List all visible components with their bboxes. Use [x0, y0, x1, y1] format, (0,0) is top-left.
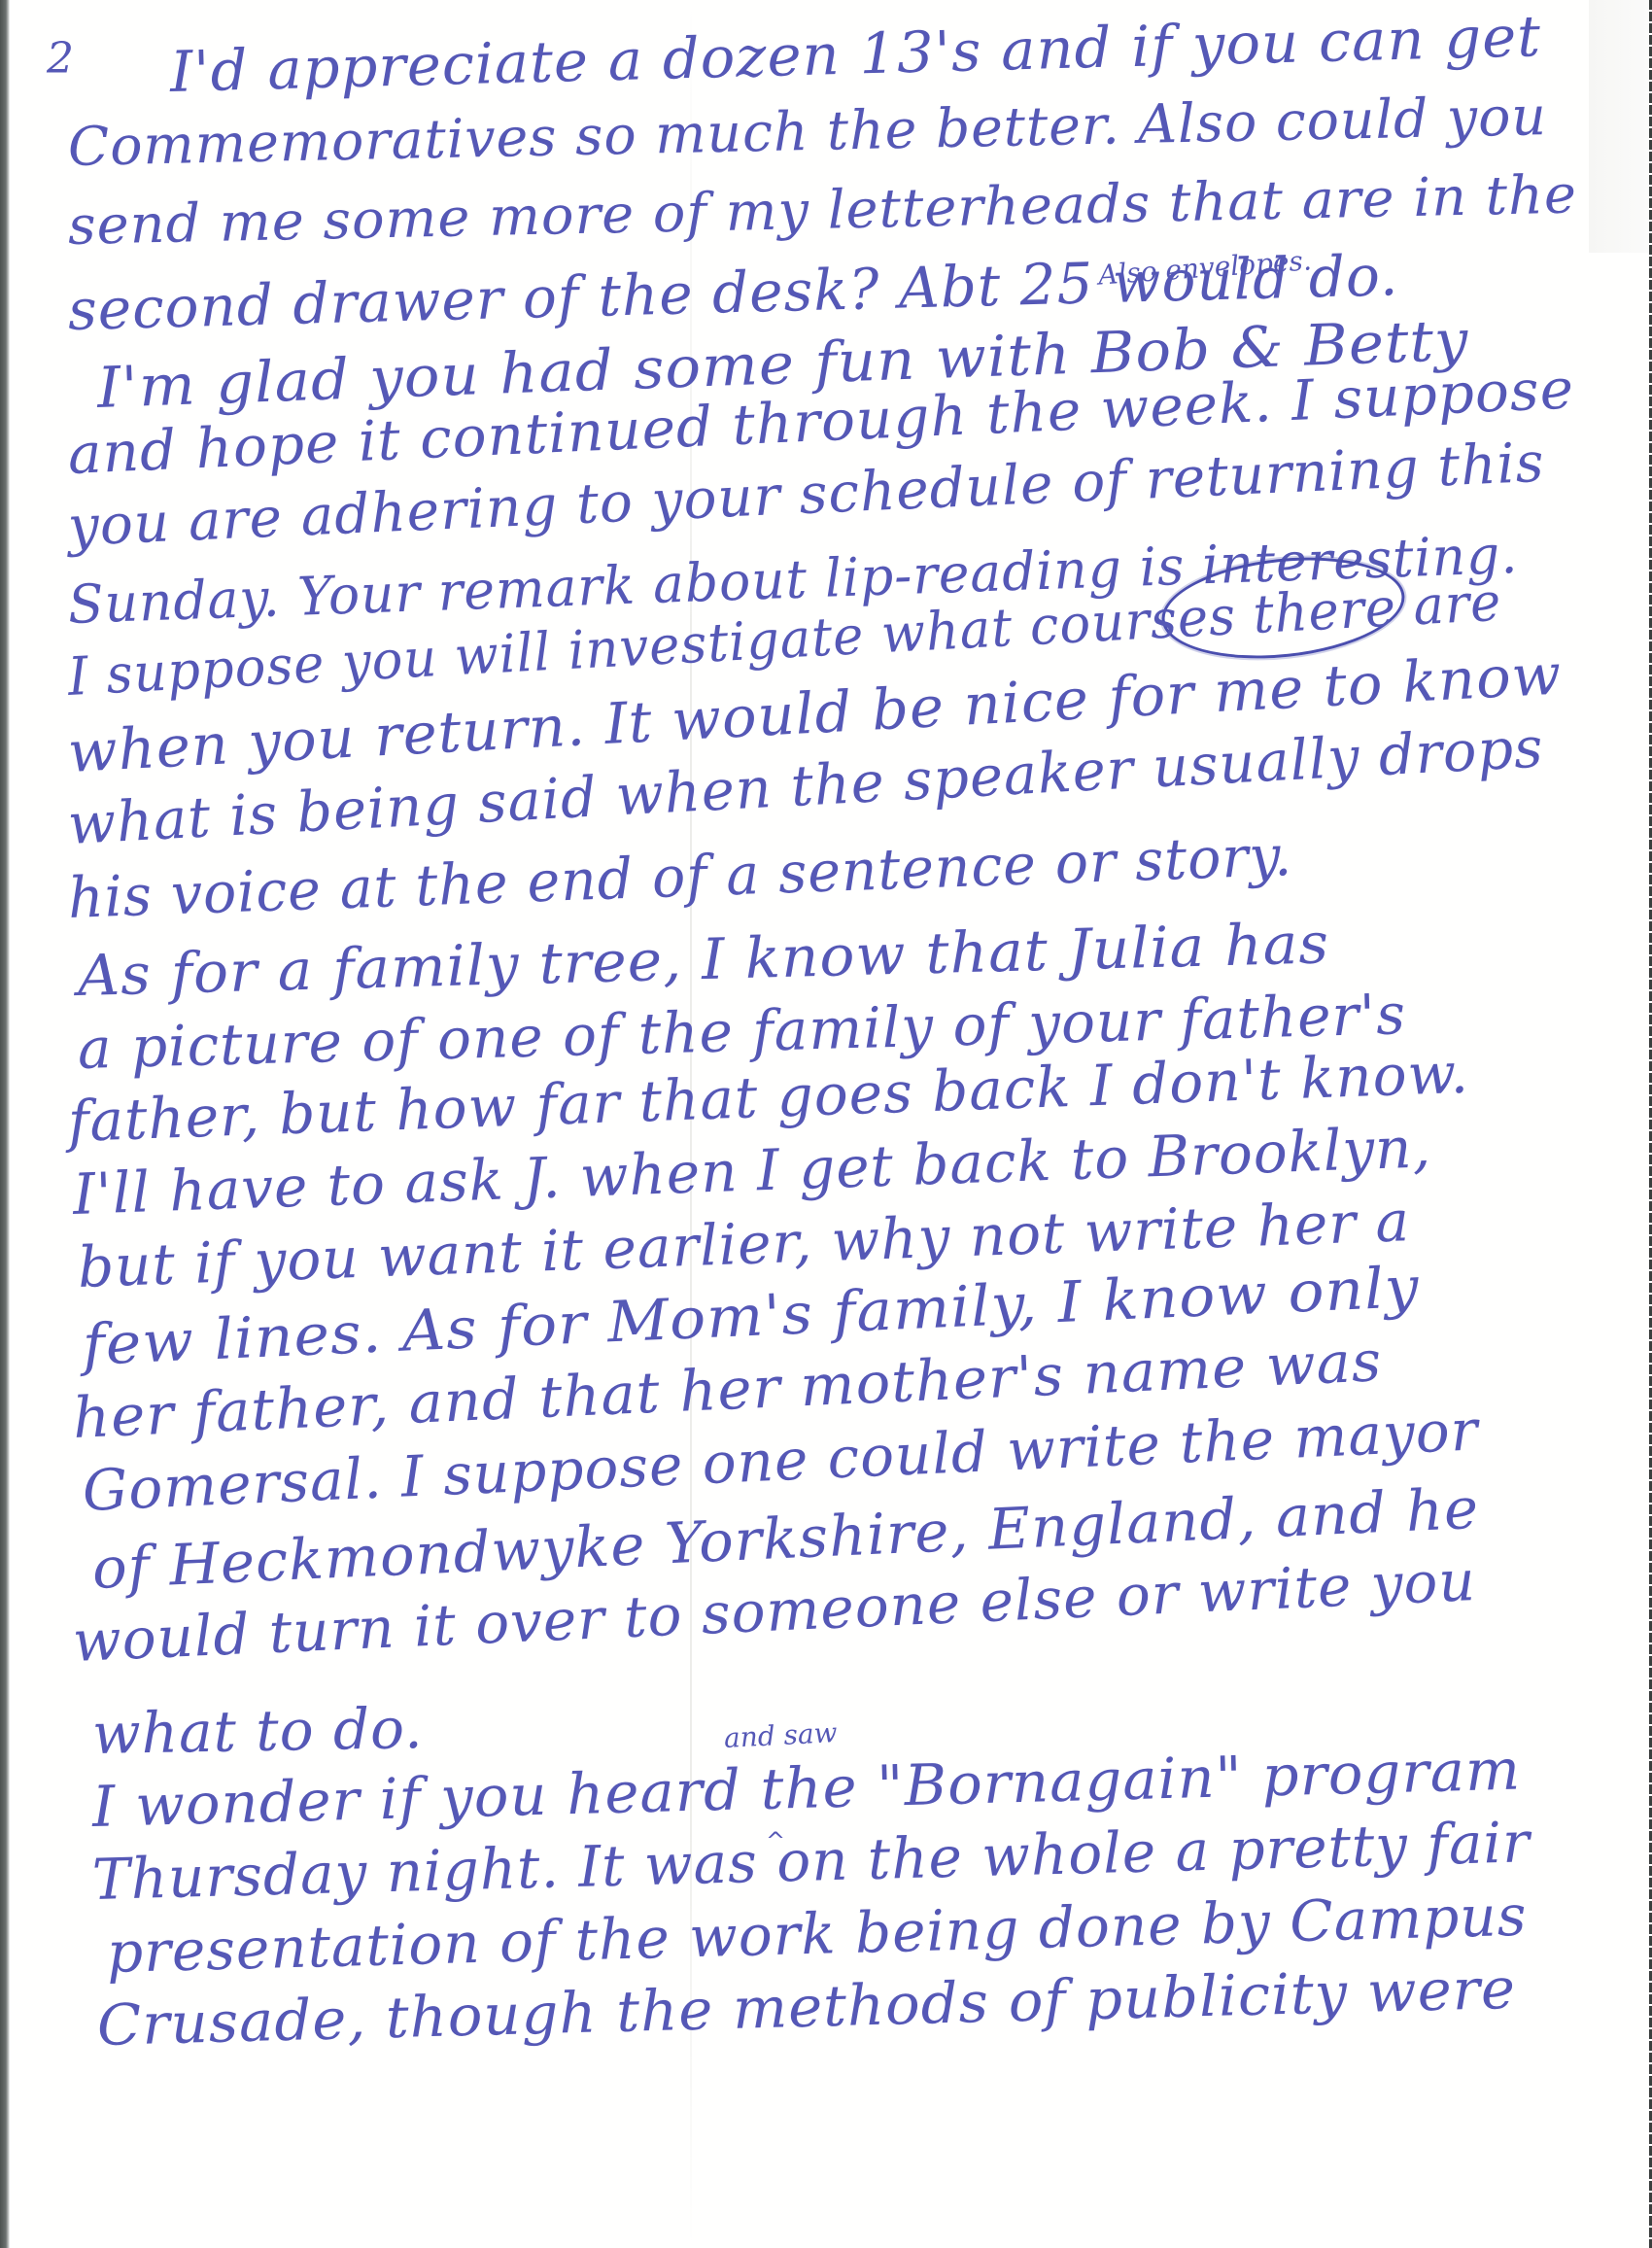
handwritten-letter: 2 I'd appreciate a dozen 13's and if you…: [0, 0, 1652, 2248]
letter-line: send me some more of my letterheads that…: [67, 167, 1577, 252]
letter-line: what to do.: [91, 1700, 423, 1762]
letter-line: Commemoratives so much the better. Also …: [67, 90, 1547, 175]
letter-line: I'd appreciate a dozen 13's and if you c…: [169, 8, 1541, 100]
annotation-and-saw: and saw: [723, 1719, 838, 1752]
page-number: 2: [47, 34, 74, 84]
